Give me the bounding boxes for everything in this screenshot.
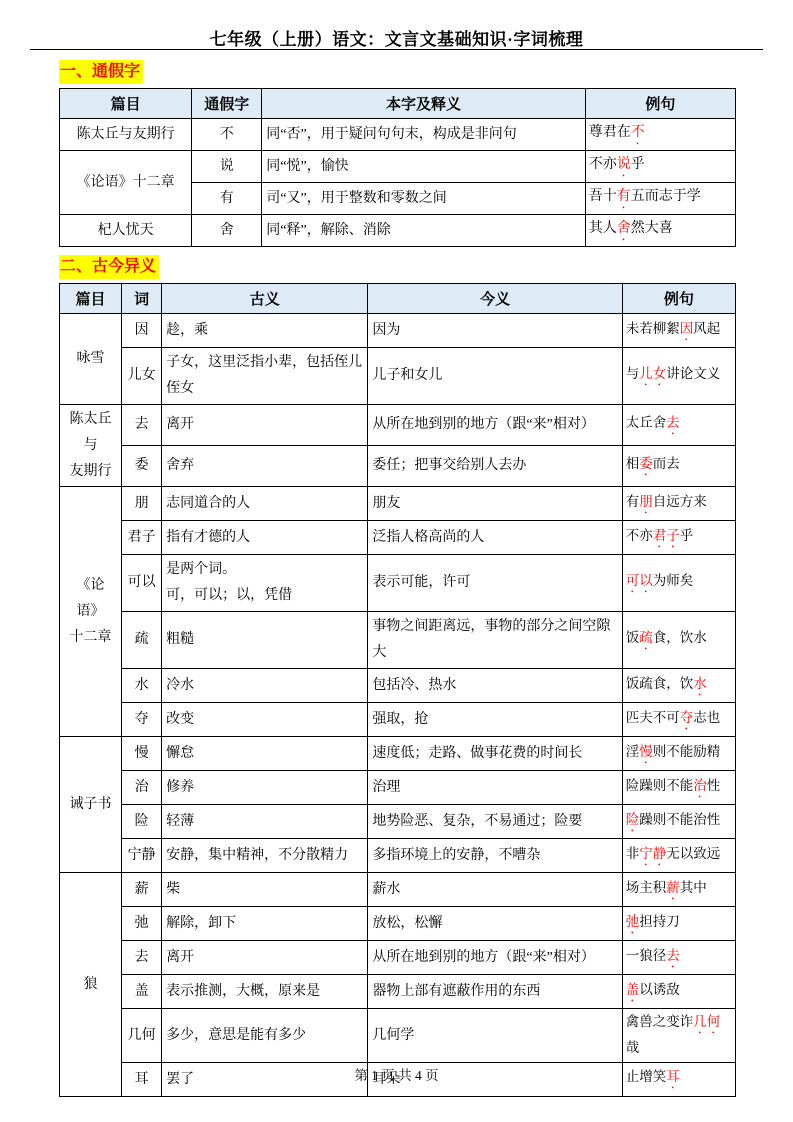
ancient-meaning-cell: 解除，卸下 <box>162 907 368 941</box>
ancient-meaning-cell: 轻薄 <box>162 805 368 839</box>
modern-meaning-cell: 从所在地到别的地方（跟“来”相对） <box>368 404 622 445</box>
emphasized-word: 险 <box>626 812 640 827</box>
example-cell: 险躁则不能治性 <box>622 771 735 805</box>
section-1-heading: 一、通假字 <box>59 60 143 84</box>
emphasized-word: 舍 <box>617 221 631 236</box>
tongjiazi-table: 篇目通假字本字及释义例句陈太丘与友期行不同“否”，用于疑问句句末，构成是非问句尊… <box>59 88 736 247</box>
piece-title-cell: 《论语》 十二章 <box>60 487 122 737</box>
modern-meaning-cell: 泛指人格高尚的人 <box>368 521 622 555</box>
piece-title-cell: 杞人忧天 <box>60 215 192 247</box>
ancient-meaning-cell: 离开 <box>162 941 368 975</box>
table-row: 《论语》十二章说同“悦”，愉快不亦说乎 <box>60 151 736 183</box>
example-text: 饭疏食，饮 <box>626 676 694 691</box>
emphasized-word: 水 <box>693 676 707 691</box>
example-text: 不亦 <box>626 528 653 543</box>
ancient-meaning-cell: 冷水 <box>162 669 368 703</box>
modern-meaning-cell: 薪水 <box>368 873 622 907</box>
section-2-heading-row: 二、古今异义 <box>59 255 736 279</box>
ancient-meaning-cell: 子女，这里泛指小辈，包括侄儿侄女 <box>162 348 368 405</box>
example-text: 太丘舍 <box>626 415 667 430</box>
emphasized-word: 有 <box>617 189 631 204</box>
emphasized-word: 慢 <box>639 744 653 759</box>
column-header: 例句 <box>585 89 735 119</box>
word-cell: 去 <box>122 941 162 975</box>
emphasized-word: 君子 <box>653 528 680 543</box>
gujin-yiyi-table: 篇目词古义今义例句咏雪因趁，乘因为未若柳絮因风起儿女子女，这里泛指小辈，包括侄儿… <box>59 283 736 1097</box>
column-header: 篇目 <box>60 89 192 119</box>
modern-meaning-cell: 放松，松懈 <box>368 907 622 941</box>
modern-meaning-cell: 强取，抢 <box>368 703 622 737</box>
table-row: 险轻薄地势险恶、复杂，不易通过；险要险躁则不能治性 <box>60 805 736 839</box>
table-row: 盖表示推测，大概，原来是器物上部有遮蔽作用的东西盖以诱敌 <box>60 975 736 1009</box>
emphasized-word: 夺 <box>680 710 694 725</box>
piece-title-cell: 咏雪 <box>60 314 122 405</box>
page-number: 第 1 页 共 4 页 <box>0 1064 793 1084</box>
tongjiazi-word-cell: 舍 <box>192 215 262 247</box>
emphasized-word: 宁静 <box>639 846 666 861</box>
example-text: 而去 <box>653 456 680 471</box>
example-text: 讲论文义 <box>666 366 720 381</box>
piece-title-cell: 陈太丘与 友期行 <box>60 404 122 487</box>
example-text: 担持刀 <box>639 914 680 929</box>
table-row: 委舍弃委任；把事交给别人去办相委而去 <box>60 446 736 487</box>
header-rule <box>30 49 763 50</box>
example-text: 匹夫不可 <box>626 710 680 725</box>
modern-meaning-cell: 多指环境上的安静，不嘈杂 <box>368 839 622 873</box>
example-text: 为师矣 <box>653 573 694 588</box>
header-row: 篇目通假字本字及释义例句 <box>60 89 736 119</box>
column-header: 古义 <box>162 284 368 314</box>
word-cell: 宁静 <box>122 839 162 873</box>
table-row: 狼薪柴薪水场主积薪其中 <box>60 873 736 907</box>
ancient-meaning-cell: 柴 <box>162 873 368 907</box>
example-cell: 非宁静无以致远 <box>622 839 735 873</box>
example-text: 风起 <box>693 321 720 336</box>
modern-meaning-cell: 朋友 <box>368 487 622 521</box>
ancient-meaning-cell: 改变 <box>162 703 368 737</box>
example-cell: 相委而去 <box>622 446 735 487</box>
example-text: 自远方来 <box>653 494 707 509</box>
example-text: 不亦 <box>589 157 617 172</box>
word-cell: 薪 <box>122 873 162 907</box>
table-row: 宁静安静，集中精神，不分散精力多指环境上的安静，不嘈杂非宁静无以致远 <box>60 839 736 873</box>
emphasized-word: 去 <box>666 948 680 963</box>
example-text: 则不能励精 <box>653 744 721 759</box>
emphasized-word: 说 <box>617 157 631 172</box>
emphasized-word: 朋 <box>639 494 653 509</box>
table-row: 可以是两个词。 可，可以；以，凭借表示可能，许可可以为师矣 <box>60 555 736 612</box>
modern-meaning-cell: 速度低；走路、做事花费的时间长 <box>368 737 622 771</box>
example-text: 乎 <box>680 528 694 543</box>
header-row: 篇目词古义今义例句 <box>60 284 736 314</box>
section-1-heading-row: 一、通假字 <box>59 60 736 84</box>
example-cell: 饭疏食，饮水 <box>622 612 735 669</box>
section-2-heading: 二、古今异义 <box>59 255 159 279</box>
modern-meaning-cell: 事物之间距离远，事物的部分之间空隙大 <box>368 612 622 669</box>
example-text: 志也 <box>693 710 720 725</box>
table-row: 杞人忧天舍同“释”，解除、消除其人舍然大喜 <box>60 215 736 247</box>
ancient-meaning-cell: 离开 <box>162 404 368 445</box>
example-text: 淫 <box>626 744 640 759</box>
table-row: 夺改变强取，抢匹夫不可夺志也 <box>60 703 736 737</box>
table-row: 弛解除，卸下放松，松懈弛担持刀 <box>60 907 736 941</box>
original-meaning-cell: 司“又”，用于整数和零数之间 <box>262 183 585 215</box>
example-text: 乎 <box>631 157 645 172</box>
word-cell: 险 <box>122 805 162 839</box>
example-cell: 饭疏食，饮水 <box>622 669 735 703</box>
example-cell: 尊君在不 <box>585 119 735 151</box>
ancient-meaning-cell: 指有才德的人 <box>162 521 368 555</box>
word-cell: 委 <box>122 446 162 487</box>
word-cell: 水 <box>122 669 162 703</box>
word-cell: 儿女 <box>122 348 162 405</box>
table-row: 儿女子女，这里泛指小辈，包括侄儿侄女儿子和女儿与儿女讲论文义 <box>60 348 736 405</box>
example-cell: 场主积薪其中 <box>622 873 735 907</box>
word-cell: 朋 <box>122 487 162 521</box>
table-row: 君子指有才德的人泛指人格高尚的人不亦君子乎 <box>60 521 736 555</box>
example-text: 饭 <box>626 630 640 645</box>
modern-meaning-cell: 因为 <box>368 314 622 348</box>
piece-title-cell: 狼 <box>60 873 122 1097</box>
piece-title-cell: 《论语》十二章 <box>60 151 192 215</box>
tongjiazi-word-cell: 有 <box>192 183 262 215</box>
example-cell: 一狼径去 <box>622 941 735 975</box>
example-cell: 险躁则不能治性 <box>622 805 735 839</box>
example-cell: 盖以诱敌 <box>622 975 735 1009</box>
example-cell: 与儿女讲论文义 <box>622 348 735 405</box>
emphasized-word: 委 <box>639 456 653 471</box>
column-header: 篇目 <box>60 284 122 314</box>
example-cell: 其人舍然大喜 <box>585 215 735 247</box>
example-text: 以诱敌 <box>639 982 680 997</box>
emphasized-word: 因 <box>680 321 694 336</box>
document-content: 一、通假字 篇目通假字本字及释义例句陈太丘与友期行不同“否”，用于疑问句句末，构… <box>59 57 736 1105</box>
word-cell: 君子 <box>122 521 162 555</box>
original-meaning-cell: 同“悦”，愉快 <box>262 151 585 183</box>
example-text: 五而志于学 <box>631 189 701 204</box>
example-text: 场主积 <box>626 880 667 895</box>
column-header: 例句 <box>622 284 735 314</box>
tongjiazi-word-cell: 不 <box>192 119 262 151</box>
ancient-meaning-cell: 舍弃 <box>162 446 368 487</box>
example-text: 未若柳絮 <box>626 321 680 336</box>
emphasized-word: 几何 <box>693 1014 720 1029</box>
table-row: 几何多少，意思是能有多少几何学禽兽之变诈几何哉 <box>60 1009 736 1063</box>
modern-meaning-cell: 儿子和女儿 <box>368 348 622 405</box>
example-cell: 弛担持刀 <box>622 907 735 941</box>
example-text: 险躁则不能 <box>626 778 694 793</box>
modern-meaning-cell: 治理 <box>368 771 622 805</box>
word-cell: 几何 <box>122 1009 162 1063</box>
emphasized-word: 弛 <box>626 914 640 929</box>
column-header: 本字及释义 <box>262 89 585 119</box>
word-cell: 治 <box>122 771 162 805</box>
piece-title-cell: 诫子书 <box>60 737 122 873</box>
word-cell: 弛 <box>122 907 162 941</box>
example-cell: 未若柳絮因风起 <box>622 314 735 348</box>
table-row: 咏雪因趁，乘因为未若柳絮因风起 <box>60 314 736 348</box>
word-cell: 去 <box>122 404 162 445</box>
ancient-meaning-cell: 多少，意思是能有多少 <box>162 1009 368 1063</box>
ancient-meaning-cell: 修养 <box>162 771 368 805</box>
example-text: 食，饮水 <box>653 630 707 645</box>
original-meaning-cell: 同“释”，解除、消除 <box>262 215 585 247</box>
example-text: 禽兽之变诈 <box>626 1014 694 1029</box>
word-cell: 盖 <box>122 975 162 1009</box>
word-cell: 因 <box>122 314 162 348</box>
document-title: 七年级（上册）语文：文言文基础知识·字词梳理 <box>0 0 793 50</box>
table-row: 陈太丘与 友期行去离开从所在地到别的地方（跟“来”相对）太丘舍去 <box>60 404 736 445</box>
ancient-meaning-cell: 安静，集中精神，不分散精力 <box>162 839 368 873</box>
table-row: 《论语》 十二章朋志同道合的人朋友有朋自远方来 <box>60 487 736 521</box>
emphasized-word: 可以 <box>626 573 653 588</box>
example-cell: 可以为师矣 <box>622 555 735 612</box>
emphasized-word: 儿女 <box>639 366 666 381</box>
modern-meaning-cell: 器物上部有遮蔽作用的东西 <box>368 975 622 1009</box>
example-text: 然大喜 <box>631 221 673 236</box>
table-row: 水冷水包括冷、热水饭疏食，饮水 <box>60 669 736 703</box>
modern-meaning-cell: 从所在地到别的地方（跟“来”相对） <box>368 941 622 975</box>
example-text: 与 <box>626 366 640 381</box>
table-row: 去离开从所在地到别的地方（跟“来”相对）一狼径去 <box>60 941 736 975</box>
modern-meaning-cell: 几何学 <box>368 1009 622 1063</box>
ancient-meaning-cell: 趁，乘 <box>162 314 368 348</box>
example-cell: 有朋自远方来 <box>622 487 735 521</box>
word-cell: 可以 <box>122 555 162 612</box>
example-text: 尊君在 <box>589 125 631 140</box>
column-header: 词 <box>122 284 162 314</box>
ancient-meaning-cell: 懈怠 <box>162 737 368 771</box>
emphasized-word: 疏 <box>639 630 653 645</box>
document-page: 七年级（上册）语文：文言文基础知识·字词梳理 一、通假字 篇目通假字本字及释义例… <box>0 0 793 1122</box>
example-text: 无以致远 <box>666 846 720 861</box>
example-text: 吾十 <box>589 189 617 204</box>
emphasized-word: 去 <box>666 415 680 430</box>
example-cell: 不亦说乎 <box>585 151 735 183</box>
modern-meaning-cell: 委任；把事交给别人去办 <box>368 446 622 487</box>
example-text: 一狼径 <box>626 948 667 963</box>
example-text: 性 <box>707 778 721 793</box>
ancient-meaning-cell: 是两个词。 可，可以；以，凭借 <box>162 555 368 612</box>
example-cell: 淫慢则不能励精 <box>622 737 735 771</box>
modern-meaning-cell: 地势险恶、复杂，不易通过；险要 <box>368 805 622 839</box>
example-text: 哉 <box>626 1040 640 1055</box>
example-cell: 禽兽之变诈几何哉 <box>622 1009 735 1063</box>
table-row: 疏粗糙事物之间距离远，事物的部分之间空隙大饭疏食，饮水 <box>60 612 736 669</box>
example-text: 躁则不能治性 <box>639 812 720 827</box>
emphasized-word: 不 <box>631 125 645 140</box>
ancient-meaning-cell: 表示推测，大概，原来是 <box>162 975 368 1009</box>
modern-meaning-cell: 表示可能，许可 <box>368 555 622 612</box>
example-text: 有 <box>626 494 640 509</box>
word-cell: 慢 <box>122 737 162 771</box>
column-header: 今义 <box>368 284 622 314</box>
example-cell: 太丘舍去 <box>622 404 735 445</box>
tongjiazi-word-cell: 说 <box>192 151 262 183</box>
emphasized-word: 治 <box>693 778 707 793</box>
original-meaning-cell: 同“否”，用于疑问句句末，构成是非问句 <box>262 119 585 151</box>
table-row: 陈太丘与友期行不同“否”，用于疑问句句末，构成是非问句尊君在不 <box>60 119 736 151</box>
column-header: 通假字 <box>192 89 262 119</box>
modern-meaning-cell: 包括冷、热水 <box>368 669 622 703</box>
word-cell: 疏 <box>122 612 162 669</box>
ancient-meaning-cell: 志同道合的人 <box>162 487 368 521</box>
example-cell: 不亦君子乎 <box>622 521 735 555</box>
emphasized-word: 盖 <box>626 982 640 997</box>
piece-title-cell: 陈太丘与友期行 <box>60 119 192 151</box>
emphasized-word: 薪 <box>666 880 680 895</box>
example-text: 非 <box>626 846 640 861</box>
table-row: 诫子书慢懈怠速度低；走路、做事花费的时间长淫慢则不能励精 <box>60 737 736 771</box>
example-cell: 吾十有五而志于学 <box>585 183 735 215</box>
word-cell: 夺 <box>122 703 162 737</box>
table-row: 治修养治理险躁则不能治性 <box>60 771 736 805</box>
example-text: 其人 <box>589 221 617 236</box>
example-text: 相 <box>626 456 640 471</box>
example-cell: 匹夫不可夺志也 <box>622 703 735 737</box>
ancient-meaning-cell: 粗糙 <box>162 612 368 669</box>
example-text: 其中 <box>680 880 707 895</box>
